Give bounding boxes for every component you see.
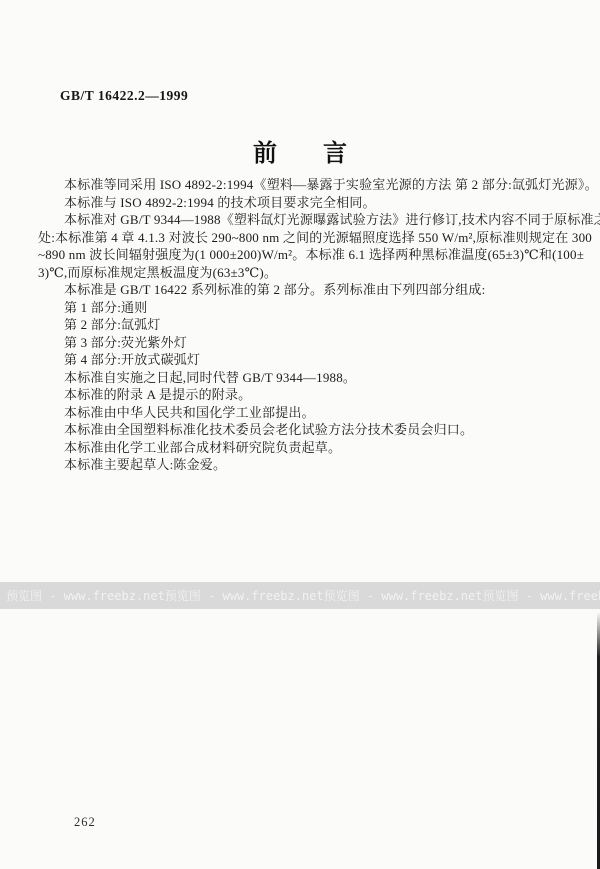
body-line: 本标准主要起草人:陈金爱。 [38,456,562,474]
watermark-text: 预览图 - www.freebz.net [6,587,165,604]
watermark-text: 预览图 - www.freebz.net [482,587,600,604]
body-line: ~890 nm 波长间辐射强度为(1 000±200)W/m²。本标准 6.1 … [38,246,562,264]
body-line: 本标准由中华人民共和国化学工业部提出。 [38,404,562,422]
body-line: 本标准由全国塑料标准化技术委员会老化试验方法分技术委员会归口。 [38,421,562,439]
body-line: 第 3 部分:荧光紫外灯 [38,334,562,352]
body-line: 本标准是 GB/T 16422 系列标准的第 2 部分。系列标准由下列四部分组成… [38,281,562,299]
body-line: 第 2 部分:氙弧灯 [38,316,562,334]
body-line: 第 4 部分:开放式碳弧灯 [38,351,562,369]
watermark-band: 预览图 - www.freebz.net 预览图 - www.freebz.ne… [0,582,600,609]
body-line: 本标准对 GB/T 9344—1988《塑料氙灯光源曝露试验方法》进行修订,技术… [38,211,562,229]
foreword-body: 本标准等同采用 ISO 4892-2:1994《塑料—暴露于实验室光源的方法 第… [38,176,562,474]
body-line: 本标准自实施之日起,同时代替 GB/T 9344—1988。 [38,369,562,387]
body-line: 本标准的附录 A 是提示的附录。 [38,386,562,404]
body-line: 本标准等同采用 ISO 4892-2:1994《塑料—暴露于实验室光源的方法 第… [38,176,562,194]
body-line: 3)℃,而原标准规定黑板温度为(63±3℃)。 [38,264,562,282]
title-char-first: 前 [253,133,277,168]
body-line: 处:本标准第 4 章 4.1.3 对波长 290~800 nm 之间的光源辐照度… [38,229,562,247]
watermark-text: 预览图 - www.freebz.net [165,587,324,604]
body-line: 本标准与 ISO 4892-2:1994 的技术项目要求完全相同。 [38,194,562,212]
scanned-document-page: GB/T 16422.2—1999 前 言 本标准等同采用 ISO 4892-2… [0,0,600,869]
document-title: 前 言 [0,133,600,168]
body-line: 本标准由化学工业部合成材料研究院负责起草。 [38,439,562,457]
page-number: 262 [74,815,96,830]
title-char-second: 言 [323,133,347,168]
standard-number: GB/T 16422.2—1999 [60,88,188,104]
watermark-text: 预览图 - www.freebz.net [324,587,483,604]
body-line: 第 1 部分:通则 [38,299,562,317]
